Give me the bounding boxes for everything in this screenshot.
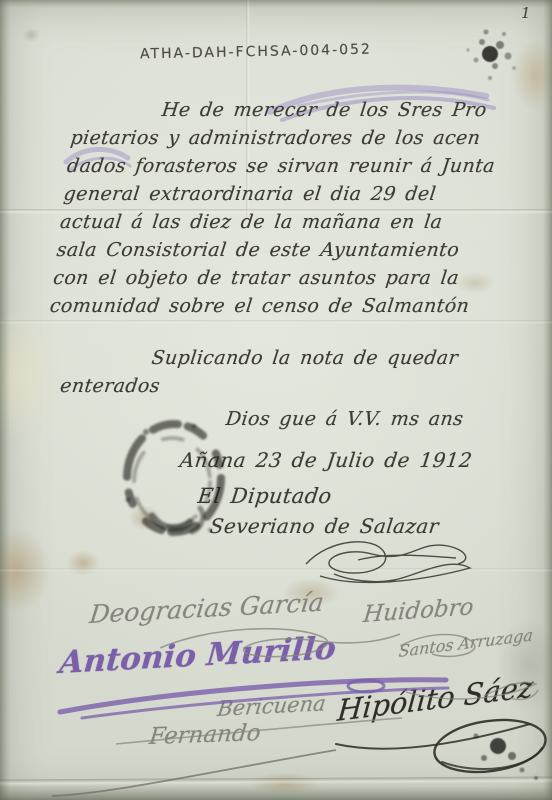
paper-edge: [543, 0, 552, 800]
signature-deogracias-garcia: Deogracias García: [88, 588, 325, 629]
signature-fernando: Fernando: [148, 720, 262, 750]
fold-crease: [0, 320, 552, 324]
letter-body: He de merecer de los Sres Pro pietarios …: [48, 96, 522, 320]
stain: [128, 505, 162, 531]
paper-edge: [0, 0, 10, 800]
body-line: comunidad sobre el censo de Salmantón: [48, 292, 497, 320]
dateline: Añana 23 de Julio de 1912: [179, 448, 474, 472]
document-page: 1 ATHA-DAH-FCHSA-004-052 He de: [0, 0, 552, 800]
signer-title: El Diputado: [197, 484, 334, 508]
body-line: He de merecer de los Sres Pro: [72, 96, 521, 124]
valediction: Dios gue á V.V. ms ans: [225, 408, 465, 430]
signer-name-severiano: Severiano de Salazar: [209, 514, 441, 538]
stain: [66, 550, 100, 576]
fold-crease: [0, 777, 552, 787]
closing-line: enterados: [59, 372, 502, 400]
fold-crease: [0, 568, 552, 572]
paper-edge: [0, 0, 552, 8]
signature-flourish: [298, 530, 483, 590]
signature-hipolito-saez: Hipólito Sáez: [336, 669, 535, 728]
body-line: sala Consistorial de este Ayuntamiento: [55, 236, 504, 264]
page-number: 1: [521, 4, 531, 22]
stain: [22, 28, 40, 42]
signature-bericuena: Bericuena: [216, 691, 327, 721]
closing-line: Suplicando la nota de quedar: [62, 344, 505, 372]
signature-huidobro: Huidobro: [362, 594, 475, 628]
body-line: con el objeto de tratar asuntos para la: [52, 264, 501, 292]
paper-edge: [0, 786, 552, 800]
letter-closing: Suplicando la nota de quedar enterados: [59, 344, 506, 400]
body-line: dados forasteros se sirvan reunir á Junt…: [65, 152, 514, 180]
body-line: general extraordinaria el dia 29 del: [62, 180, 511, 208]
body-line: actual á las diez de la mañana en la: [59, 208, 508, 236]
body-line: pietarios y administradores de los acen: [69, 124, 518, 152]
ink-blot: [438, 12, 543, 92]
reference-code: ATHA-DAH-FCHSA-004-052: [140, 42, 372, 63]
signature-santos-arruzaga: Santos Arruzaga: [398, 625, 534, 661]
signature-antonio-murillo: Antonio Murillo: [58, 630, 337, 681]
